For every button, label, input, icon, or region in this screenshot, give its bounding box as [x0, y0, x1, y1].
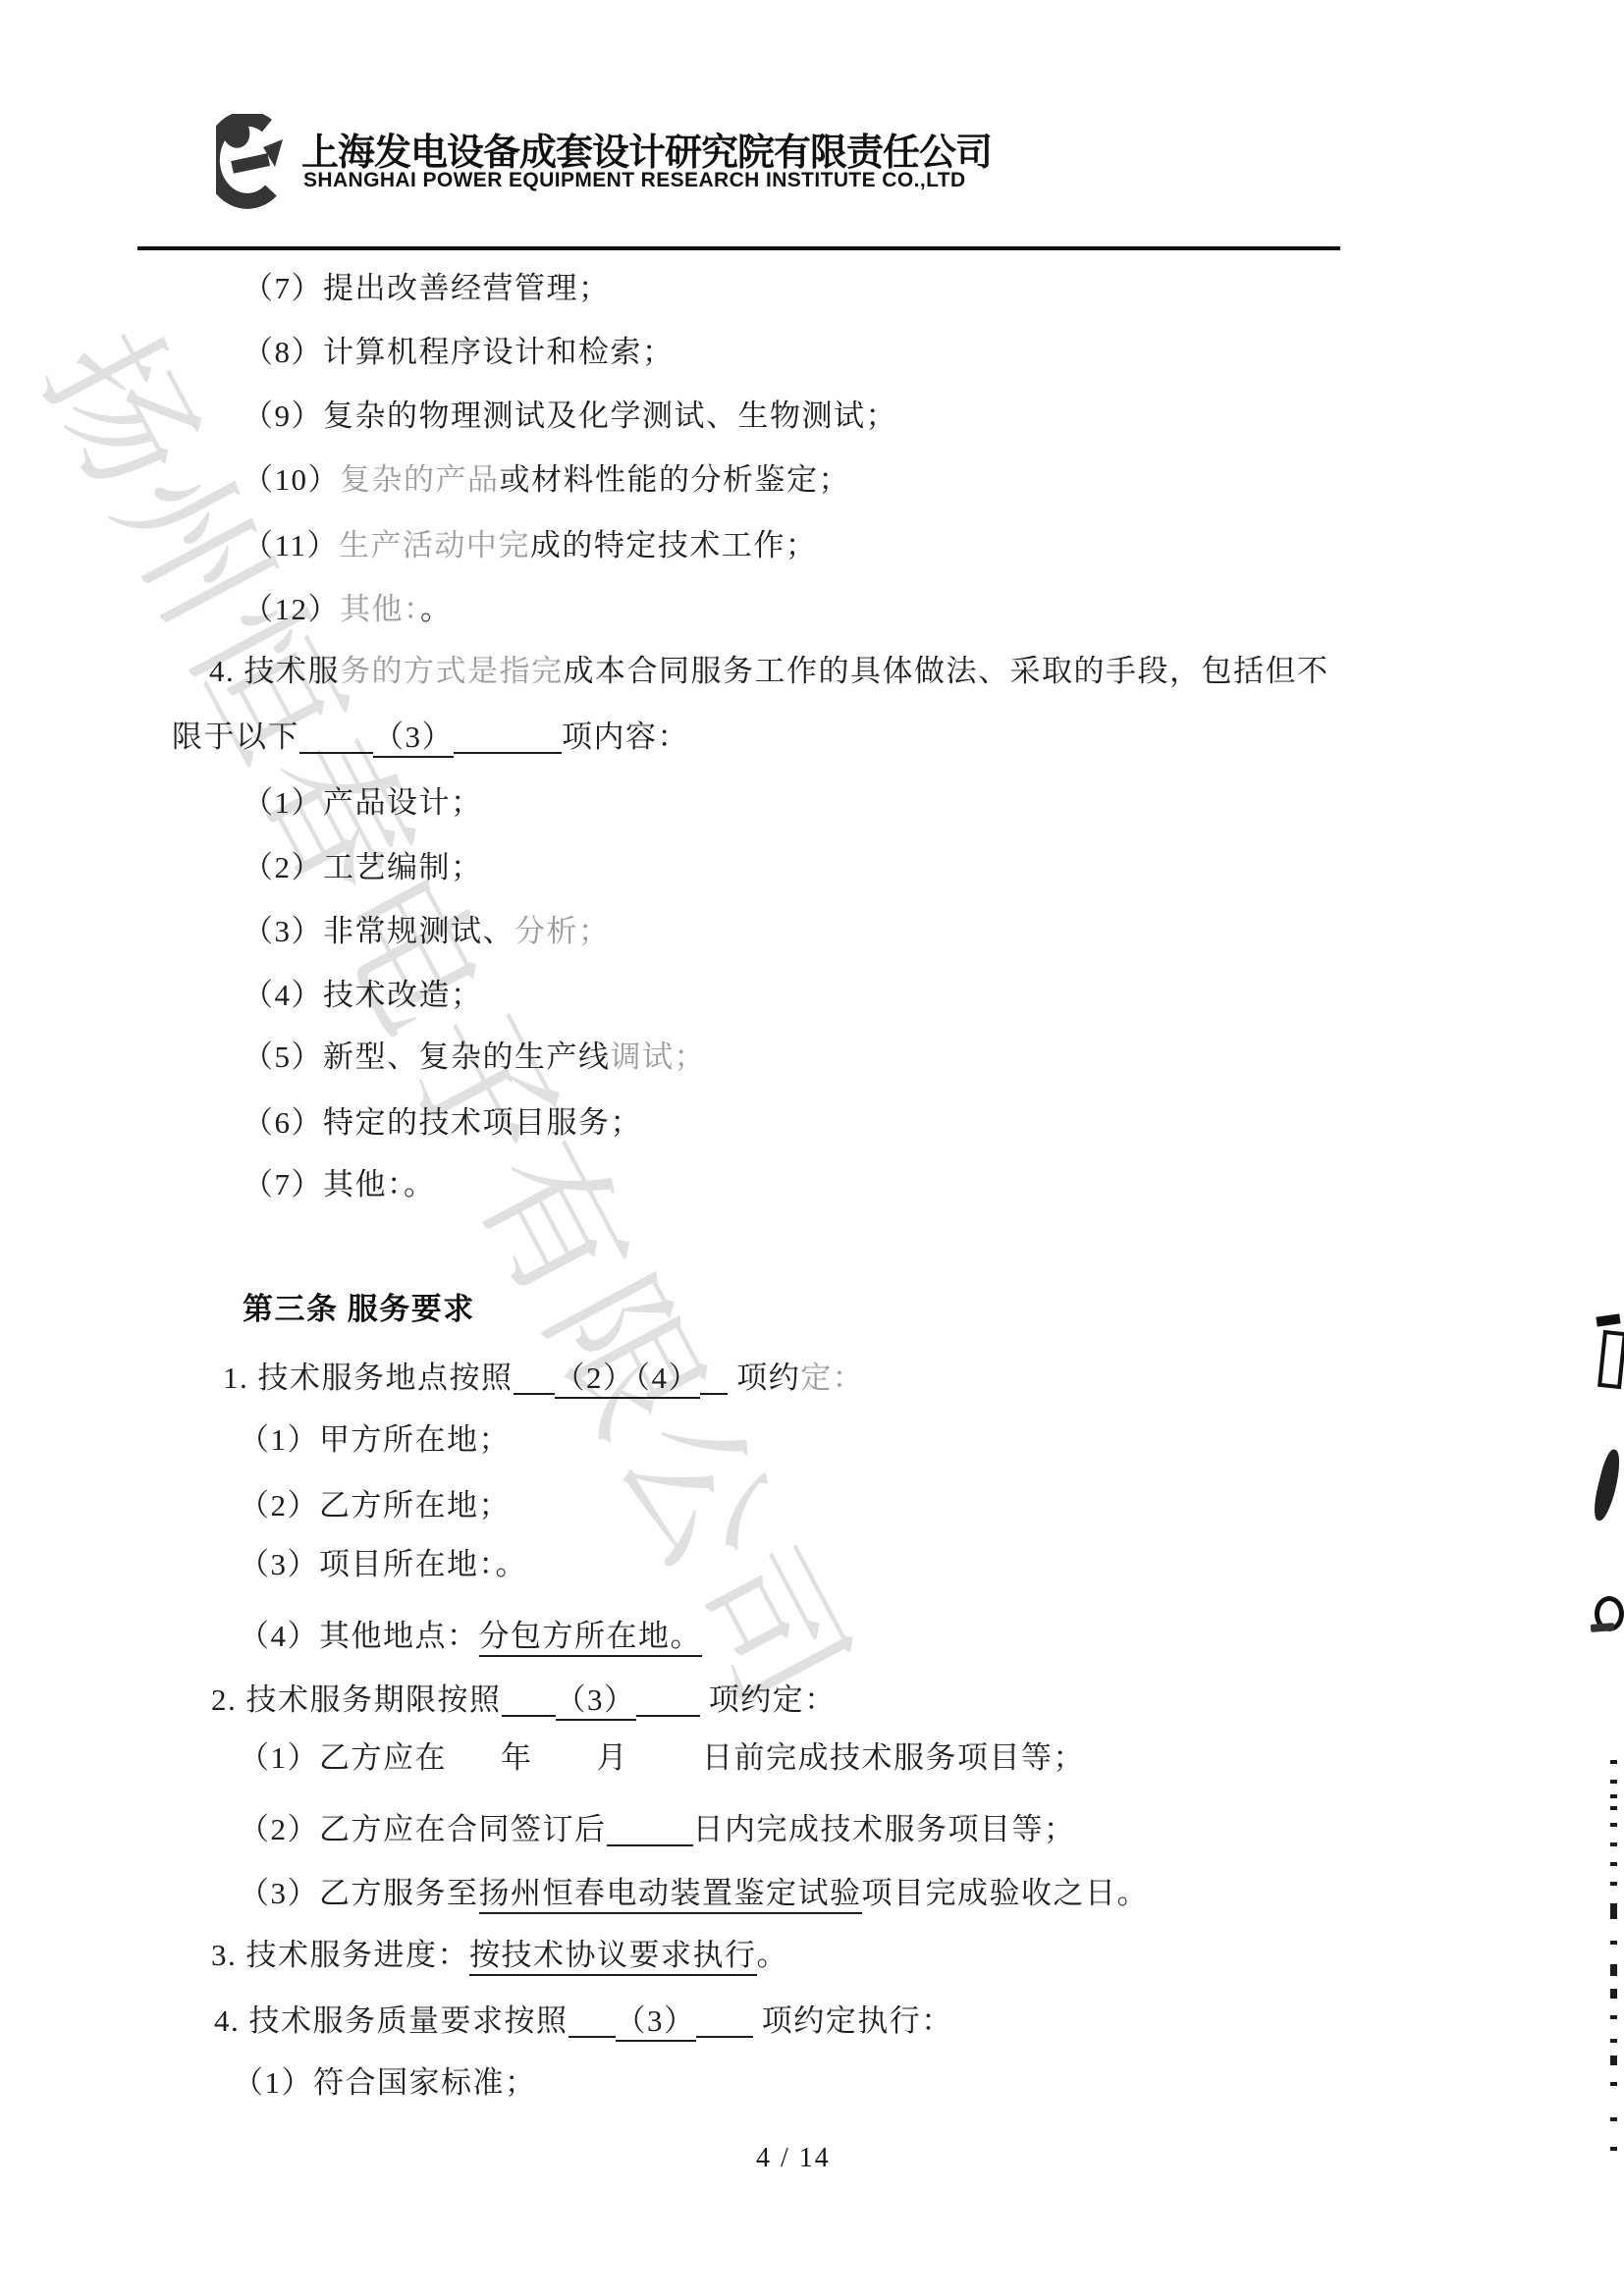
- blank-underline: [514, 1359, 555, 1395]
- document-line: （4）技术改造；: [243, 970, 483, 1014]
- scan-speck: [1610, 1806, 1617, 1810]
- document-line: （5）新型、复杂的生产线调试；: [243, 1032, 706, 1076]
- blank-underline: [636, 1681, 700, 1717]
- line-text: （7）其他：。: [243, 1167, 436, 1201]
- document-line: （1）乙方应在年月日前完成技术服务项目等；: [239, 1733, 1085, 1777]
- line-text: 限于以下: [172, 720, 299, 754]
- filled-blank-text: （3）: [556, 1682, 636, 1721]
- line-text: （4）技术改造；: [243, 978, 483, 1012]
- document-line: （8）计算机程序设计和检索；: [243, 327, 675, 371]
- scan-mark: [1591, 1623, 1614, 1632]
- document-line: （7）提出改善经营管理；: [243, 263, 611, 307]
- filled-blank-text: 按技术协议要求执行: [469, 1938, 757, 1976]
- document-line: （1）符合国家标准；: [233, 2057, 537, 2102]
- document-line: （1）产品设计；: [243, 777, 483, 822]
- line-text: 其他：: [340, 592, 420, 626]
- blank-underline: [568, 2002, 616, 2038]
- line-text: （1）乙方应在: [239, 1740, 447, 1775]
- line-text: 项约定执行：: [753, 2003, 953, 2038]
- scan-speck: [1610, 1823, 1617, 1827]
- blank-underline: [700, 1359, 728, 1395]
- line-text: 日内完成技术服务项目等；: [693, 1812, 1076, 1846]
- scan-speck: [1610, 2056, 1617, 2065]
- blank-underline: [299, 718, 373, 754]
- scan-speck: [1610, 1989, 1617, 1999]
- scan-speck: [1610, 2082, 1617, 2086]
- scan-speck: [1610, 1903, 1617, 1919]
- scan-speck: [1610, 1964, 1617, 1976]
- line-text: 3. 技术服务进度：: [211, 1938, 469, 1972]
- document-line: （9）复杂的物理测试及化学测试、生物测试；: [243, 391, 897, 435]
- blank-space: [447, 1742, 501, 1775]
- line-text: （5）新型、复杂的生产线: [243, 1040, 611, 1074]
- line-text: 年: [501, 1740, 533, 1775]
- scan-speck: [1610, 1862, 1617, 1866]
- document-line: 3. 技术服务进度：按技术协议要求执行。: [211, 1930, 788, 1974]
- document-line: （3）乙方服务至扬州恒春电动装置鉴定试验项目完成验收之日。: [239, 1868, 1149, 1912]
- document-line: 4. 技术服务的方式是指完成本合同服务工作的具体做法、采取的手段，包括但不: [209, 646, 1329, 690]
- line-text: （12）: [243, 592, 340, 626]
- line-text: （2）乙方应在合同签订后: [239, 1812, 607, 1846]
- document-line: （3）项目所在地：。: [239, 1539, 527, 1583]
- section-heading: 第三条 服务要求: [243, 1284, 475, 1328]
- line-text: 2. 技术服务期限按照: [211, 1682, 502, 1717]
- line-text: 1. 技术服务地点按照: [223, 1361, 514, 1395]
- document-line: （1）甲方所在地；: [239, 1415, 511, 1459]
- line-text: （3）乙方服务至: [239, 1876, 479, 1910]
- contract-page: 上海发电设备成套设计研究院有限责任公司 SHANGHAI POWER EQUIP…: [0, 0, 1624, 2296]
- line-text: （8）计算机程序设计和检索；: [243, 335, 675, 369]
- scan-speck: [1610, 1794, 1617, 1798]
- line-text: 定：: [800, 1361, 864, 1395]
- line-text: 。: [420, 592, 453, 626]
- scan-speck: [1610, 2147, 1617, 2151]
- document-line: （10）复杂的产品或材料性能的分析鉴定；: [243, 454, 850, 499]
- line-text: 4. 技术服: [209, 654, 340, 688]
- line-text: （2）工艺编制；: [243, 850, 483, 884]
- filled-blank-text: （2）（4）: [555, 1361, 701, 1399]
- line-text: 日前完成技术服务项目等；: [702, 1740, 1085, 1775]
- line-text: 。: [757, 1938, 789, 1972]
- scan-speck: [1610, 2039, 1617, 2043]
- scan-speck: [1610, 1842, 1617, 1846]
- line-text: （1）符合国家标准；: [233, 2065, 537, 2100]
- scan-speck: [1610, 2015, 1617, 2019]
- blank-space: [628, 1742, 702, 1775]
- line-text: 月: [597, 1740, 629, 1775]
- line-text: 项内容：: [562, 720, 689, 754]
- scan-speck: [1610, 1941, 1617, 1945]
- blank-underline: [454, 718, 562, 754]
- blank-underline: [696, 2002, 753, 2038]
- document-body: （7）提出改善经营管理；（8）计算机程序设计和检索；（9）复杂的物理测试及化学测…: [0, 0, 1624, 2296]
- line-text: （3）项目所在地：。: [239, 1547, 527, 1581]
- document-line: 1. 技术服务地点按照（2）（4） 项约定：: [223, 1353, 864, 1397]
- line-text: 调试；: [611, 1040, 707, 1074]
- scan-speck: [1610, 2117, 1617, 2121]
- line-text: （10）: [243, 462, 340, 497]
- document-line: （7）其他：。: [243, 1159, 436, 1203]
- line-text: 第三条 服务要求: [243, 1292, 475, 1326]
- blank-underline: [607, 1810, 693, 1846]
- filled-blank-text: 分包方所在地。: [479, 1619, 703, 1657]
- document-line: （12）其他：。: [243, 584, 453, 628]
- line-text: （7）提出改善经营管理；: [243, 271, 611, 305]
- document-line: 2. 技术服务期限按照（3） 项约定：: [211, 1675, 837, 1719]
- line-text: （1）产品设计；: [243, 785, 483, 820]
- line-text: 项约定：: [700, 1682, 837, 1717]
- blank-space: [533, 1742, 597, 1775]
- document-line: 4. 技术服务质量要求按照（3） 项约定执行：: [214, 1996, 953, 2040]
- filled-blank-text: （3）: [616, 2003, 696, 2042]
- line-text: 4. 技术服务质量要求按照: [214, 2003, 568, 2038]
- line-text: （3）非常规测试、: [243, 914, 514, 948]
- line-text: 或材料性能的分析鉴定；: [500, 462, 851, 497]
- scan-speck: [1610, 1882, 1617, 1886]
- filled-blank-text: 扬州恒春电动装置鉴定试验: [479, 1876, 862, 1914]
- line-text: 分析；: [514, 914, 611, 948]
- line-text: （1）甲方所在地；: [239, 1422, 511, 1457]
- line-text: 项约: [728, 1361, 800, 1395]
- line-text: 务的方式是指完: [340, 654, 564, 688]
- line-text: （11）: [243, 528, 339, 562]
- scan-mark: [1597, 1330, 1624, 1389]
- scan-speck: [1610, 1780, 1617, 1784]
- document-line: （4）其他地点：分包方所在地。: [239, 1611, 702, 1655]
- line-text: （4）其他地点：: [239, 1619, 479, 1653]
- filled-blank-text: （3）: [373, 720, 454, 758]
- document-line: （2）乙方所在地；: [239, 1480, 511, 1524]
- line-text: 复杂的产品: [340, 462, 500, 497]
- line-text: （6）特定的技术项目服务；: [243, 1105, 642, 1140]
- line-text: 生产活动中完: [339, 528, 530, 562]
- document-line: （11）生产活动中完成的特定技术工作；: [243, 520, 817, 564]
- document-line: （2）乙方应在合同签订后日内完成技术服务项目等；: [239, 1804, 1076, 1848]
- line-text: （2）乙方所在地；: [239, 1488, 511, 1522]
- scan-speck: [1610, 1760, 1617, 1764]
- document-line: （2）工艺编制；: [243, 842, 483, 886]
- line-text: （9）复杂的物理测试及化学测试、生物测试；: [243, 399, 897, 433]
- blank-underline: [502, 1681, 556, 1717]
- line-text: 成本合同服务工作的具体做法、采取的手段，包括但不: [564, 654, 1329, 688]
- document-line: 限于以下（3）项内容：: [172, 712, 689, 756]
- document-line: （6）特定的技术项目服务；: [243, 1097, 642, 1142]
- line-text: 项目完成验收之日。: [862, 1876, 1150, 1910]
- document-line: （3）非常规测试、分析；: [243, 906, 611, 950]
- line-text: 成的特定技术工作；: [530, 528, 818, 562]
